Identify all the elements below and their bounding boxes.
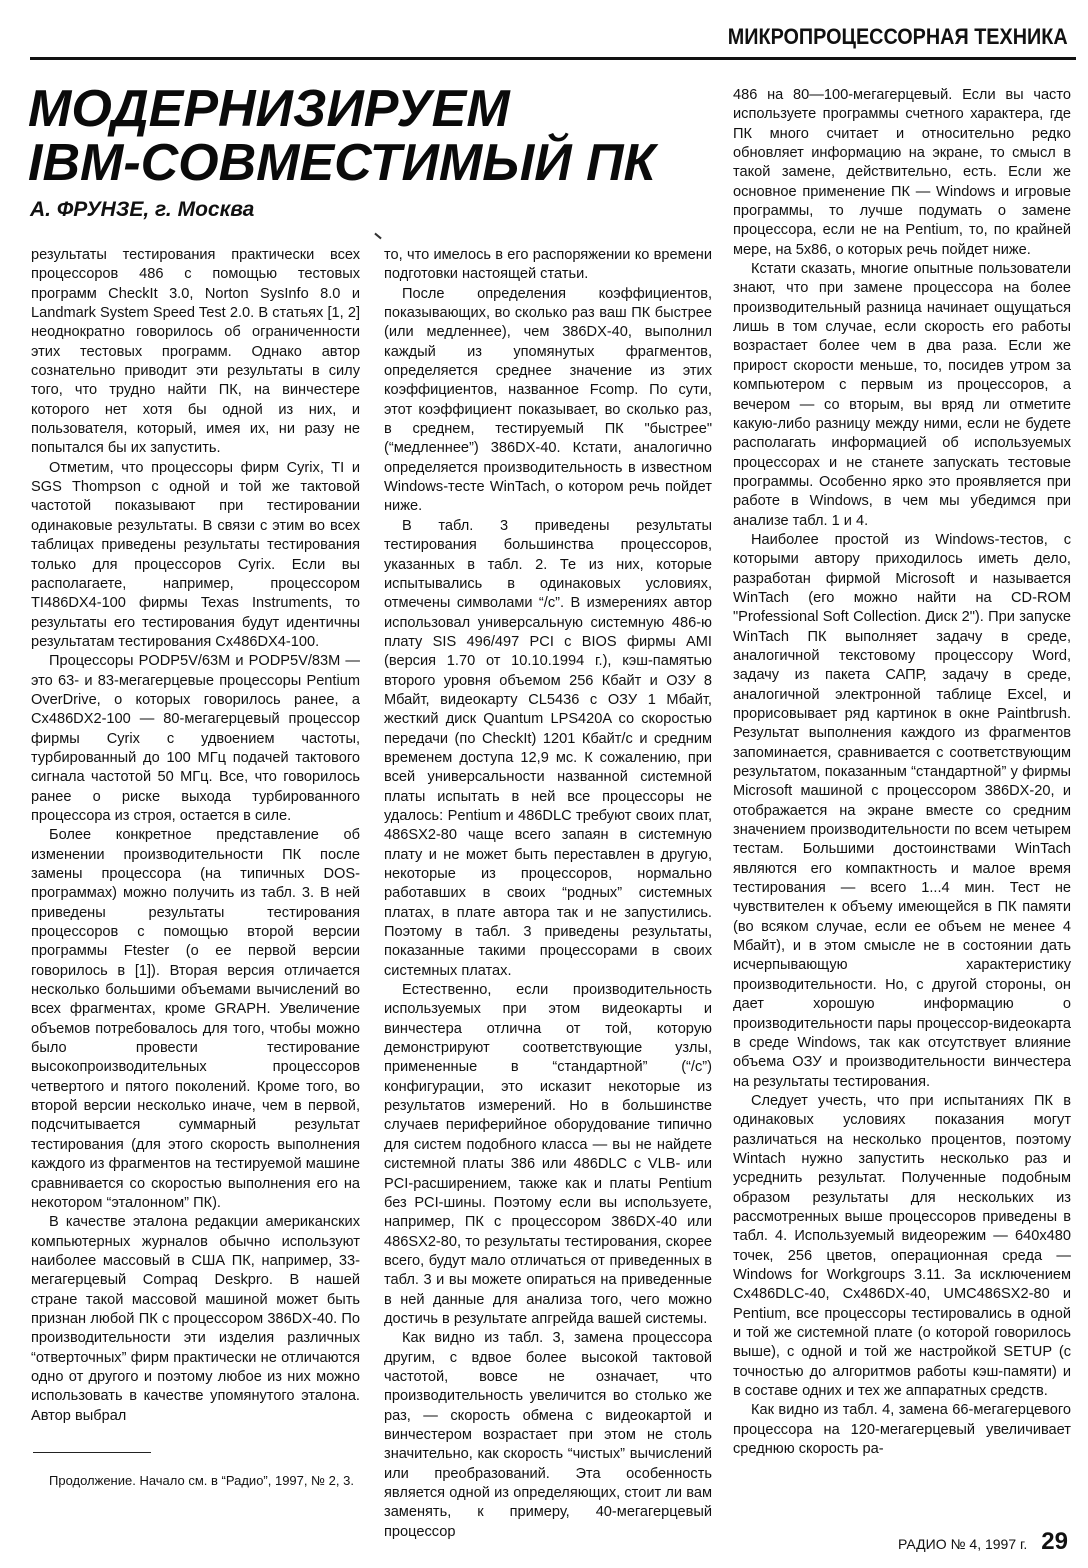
title-line-2: IBM-СОВМЕСТИМЫЙ ПК: [28, 136, 708, 190]
page-number: 29: [1041, 1528, 1068, 1556]
section-header: МИКРОПРОЦЕССОРНАЯ ТЕХНИКА: [728, 24, 1068, 50]
paragraph: Как видно из табл. 4, замена 66-мегагерц…: [733, 1401, 1071, 1459]
paragraph: Наиболее простой из Windows-тестов, с ко…: [733, 531, 1071, 1092]
paragraph: результаты тестирования практически всех…: [31, 246, 360, 459]
paragraph: Естественно, если производительность исп…: [384, 981, 712, 1329]
header-rule: [30, 57, 1076, 60]
print-speck: [374, 233, 381, 240]
title-line-1: МОДЕРНИЗИРУЕМ: [28, 82, 708, 136]
paragraph: Следует учесть, что при испытаниях ПК в …: [733, 1092, 1071, 1402]
footnote: Продолжение. Начало см. в “Радио”, 1997,…: [31, 1472, 360, 1489]
column-left: результаты тестирования практически всех…: [31, 246, 360, 1426]
paragraph: Более конкретное представление об измене…: [31, 826, 360, 1213]
footnote-text: Продолжение. Начало см. в “Радио”, 1997,…: [31, 1472, 360, 1489]
paragraph: Отметим, что процессоры фирм Cyrix, TI и…: [31, 459, 360, 652]
paragraph: После определения коэффициентов, показыв…: [384, 285, 712, 517]
issue-label: РАДИО № 4, 1997 г.: [898, 1536, 1027, 1552]
paragraph: Как видно из табл. 3, замена процессора …: [384, 1329, 712, 1542]
paragraph: Кстати сказать, многие опытные пользоват…: [733, 260, 1071, 531]
paragraph: В качестве эталона редакции американских…: [31, 1213, 360, 1426]
column-middle: то, что имелось в его распоряжении ко вр…: [384, 246, 712, 1542]
paragraph: Процессоры PODP5V/63M и PODP5V/83M — это…: [31, 652, 360, 826]
page-footer: РАДИО № 4, 1997 г. 29: [898, 1528, 1068, 1556]
author-byline: А. ФРУНЗЕ, г. Москва: [30, 198, 254, 222]
paragraph: то, что имелось в его распоряжении ко вр…: [384, 246, 712, 285]
paragraph: 486 на 80—100-мегагерцевый. Если вы част…: [733, 86, 1071, 260]
column-right: 486 на 80—100-мегагерцевый. Если вы част…: [733, 86, 1071, 1459]
article-title: МОДЕРНИЗИРУЕМ IBM-СОВМЕСТИМЫЙ ПК: [28, 82, 708, 190]
paragraph: В табл. 3 приведены результаты тестирова…: [384, 517, 712, 981]
footnote-rule: [33, 1452, 151, 1453]
